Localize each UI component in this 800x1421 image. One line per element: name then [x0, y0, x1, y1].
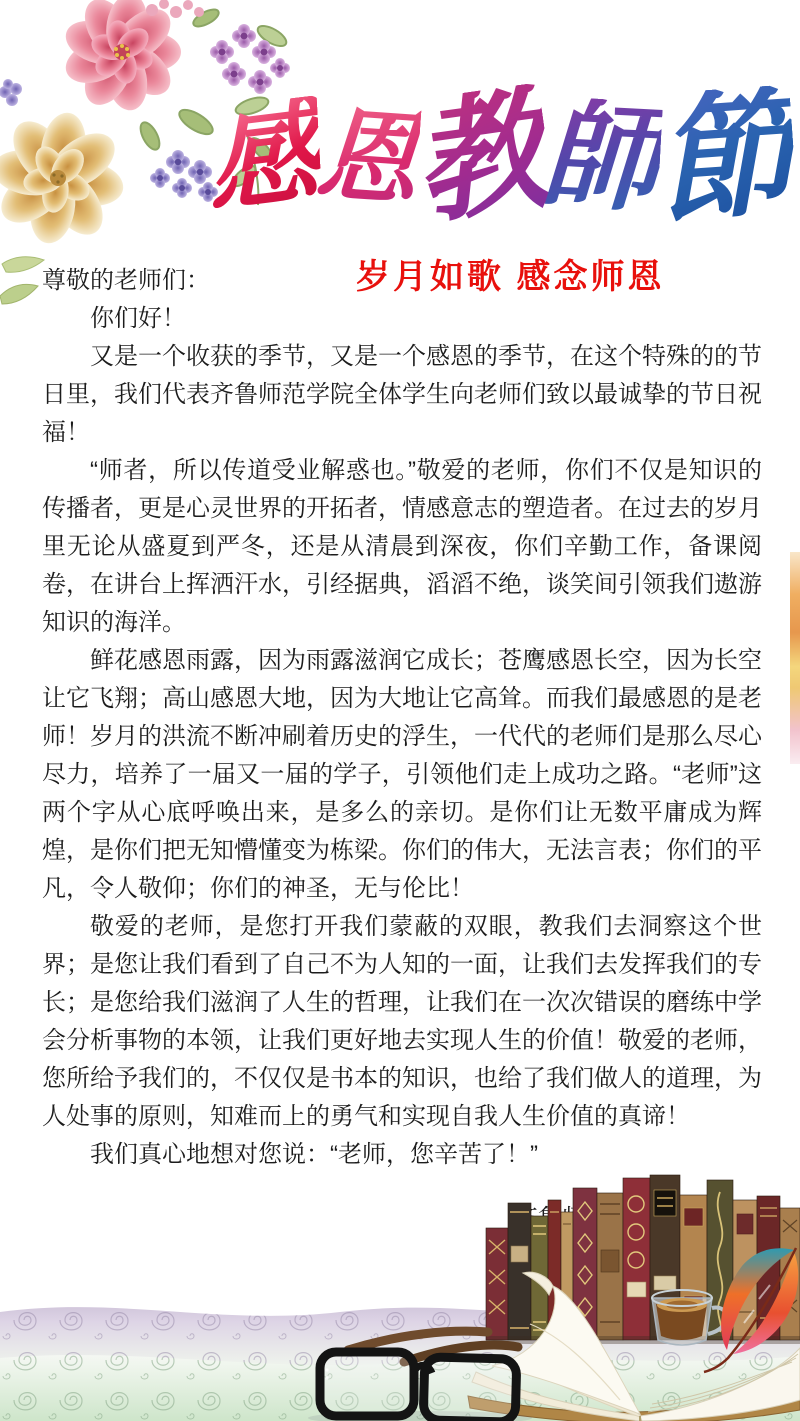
paragraph-1: 你们好！ — [42, 300, 762, 338]
paragraph-3: “师者，所以传道受业解惑也。”敬爱的老师，你们不仅是知识的传播者，更是心灵世界的… — [42, 452, 762, 642]
right-edge-gradient-strip — [790, 552, 800, 764]
letter-body: 尊敬的老师们： 你们好！ 又是一个收获的季节，又是一个感恩的季节，在这个特殊的的… — [42, 262, 762, 1238]
title-char-2: 恩 — [313, 104, 422, 213]
paragraph-4: 鲜花感恩雨露，因为雨露滋润它成长；苍鹰感恩长空，因为长空让它飞翔；高山感恩大地，… — [42, 642, 762, 908]
pink-blossoms — [146, 0, 204, 18]
pink-peony — [60, 0, 181, 114]
title-char-3: 教 — [405, 82, 556, 233]
poster-page: 感 恩 教 師 節 岁月如歌 感念师恩 尊敬的老师们： 你们好！ 又是一个收获的… — [0, 0, 800, 1421]
violet-floret — [0, 79, 22, 106]
title-char-1: 感 — [205, 95, 322, 221]
salutation: 尊敬的老师们： — [42, 262, 762, 300]
golden-peony — [0, 109, 127, 247]
poster-title: 感 恩 教 師 節 — [218, 62, 784, 254]
title-char-5: 節 — [651, 84, 798, 231]
paragraph-2: 又是一个收获的季节，又是一个感恩的季节，在这个特殊的的节日里，我们代表齐鲁师范学… — [42, 338, 762, 452]
bottom-scene-decoration — [0, 1100, 800, 1421]
title-char-4: 師 — [539, 96, 663, 220]
